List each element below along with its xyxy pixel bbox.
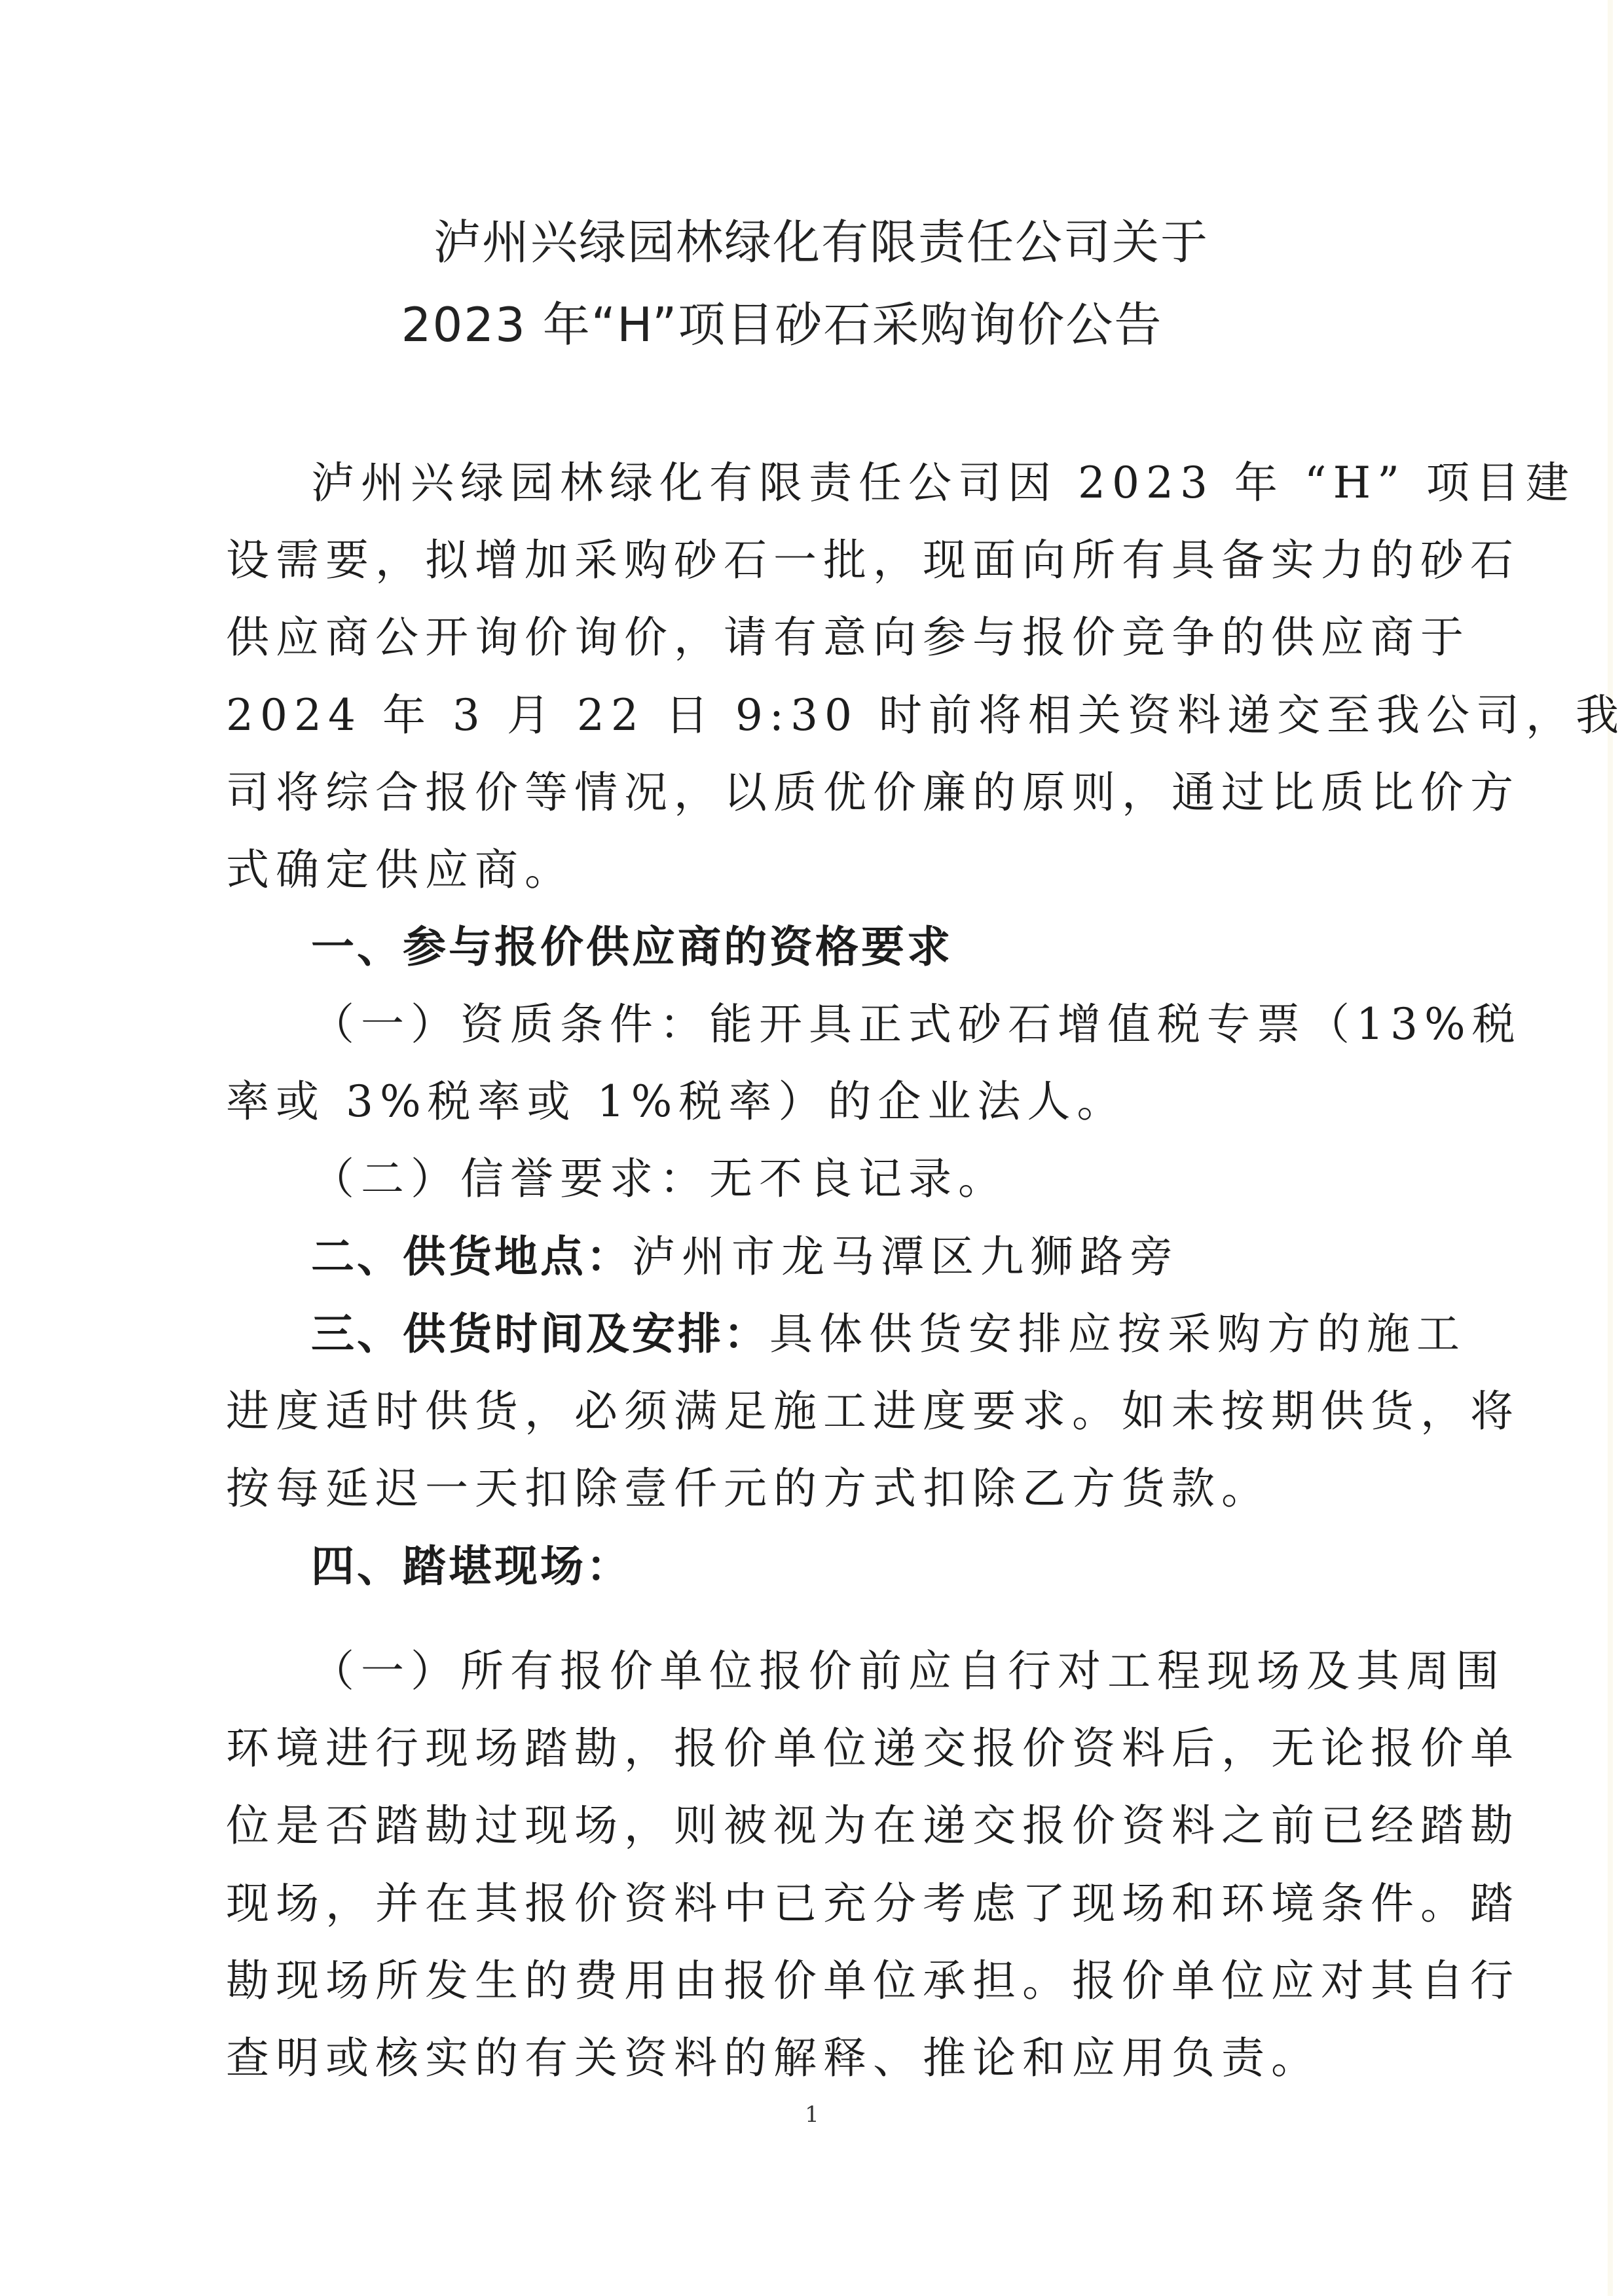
intro-line-4: 2024 年 3 月 22 日 9:30 时前将相关资料递交至我公司，我公: [226, 694, 1378, 737]
intro-line-2: 设需要，拟增加采购砂石一批，现面向所有具备实力的砂石: [226, 539, 1378, 582]
section-3-line-2: 进度适时供货，必须满足施工进度要求。如未按期供货，将: [226, 1390, 1378, 1433]
intro-line-5: 司将综合报价等情况，以质优价廉的原则，通过比质比价方: [226, 771, 1378, 814]
intro-line-6: 式确定供应商。: [226, 848, 1378, 892]
section-2-text: 泸州市龙马潭区九狮路旁: [632, 1231, 1179, 1282]
section-3-line-1: 三、供货时间及安排：具体供货安排应按采购方的施工: [311, 1313, 1464, 1356]
section-2: 二、供货地点：泸州市龙马潭区九狮路旁: [311, 1235, 1464, 1279]
section-1-item-2: （二）信誉要求：无不良记录。: [311, 1157, 1464, 1201]
intro-line-3: 供应商公开询价询价，请有意向参与报价竞争的供应商于: [226, 616, 1378, 659]
section-3-line-3: 按每延迟一天扣除壹仟元的方式扣除乙方货款。: [226, 1467, 1378, 1510]
section-2-heading: 二、供货地点：: [311, 1231, 632, 1282]
section-4-item-1-line-2: 环境进行现场踏勘，报价单位递交报价资料后，无论报价单: [226, 1727, 1378, 1770]
section-4-item-1-line-5: 勘现场所发生的费用由报价单位承担。报价单位应对其自行: [226, 1959, 1378, 2003]
title-line-1: 泸州兴绿园林绿化有限责任公司关于: [9, 204, 1624, 272]
title-line-2: 2023 年“H”项目砂石采购询价公告: [0, 287, 1594, 355]
section-4-item-1-line-6: 查明或核实的有关资料的解释、推论和应用负责。: [226, 2037, 1378, 2080]
intro-line-1: 泸州兴绿园林绿化有限责任公司因 2023 年 “H” 项目建: [311, 462, 1464, 505]
section-3-heading: 三、供货时间及安排：: [311, 1309, 769, 1359]
section-1-item-1-line-1: （一）资质条件：能开具正式砂石增值税专票（13%税: [311, 1003, 1464, 1046]
section-1-item-1-line-2: 率或 3%税率或 1%税率）的企业法人。: [226, 1080, 1378, 1123]
scan-edge: [1608, 0, 1613, 2296]
section-4-item-1-line-3: 位是否踏勘过现场，则被视为在递交报价资料之前已经踏勘: [226, 1804, 1378, 1848]
page-number: 1: [0, 2102, 1624, 2128]
section-4-heading: 四、踏堪现场：: [311, 1545, 1464, 1588]
section-3-text-1: 具体供货安排应按采购方的施工: [769, 1309, 1466, 1359]
section-4-item-1-line-1: （一）所有报价单位报价前应自行对工程现场及其周围: [311, 1650, 1464, 1693]
document-page: 泸州兴绿园林绿化有限责任公司关于 2023 年“H”项目砂石采购询价公告 泸州兴…: [0, 0, 1624, 2296]
section-1-heading: 一、参与报价供应商的资格要求: [311, 926, 1464, 969]
section-4-item-1-line-4: 现场，并在其报价资料中已充分考虑了现场和环境条件。踏: [226, 1882, 1378, 1925]
